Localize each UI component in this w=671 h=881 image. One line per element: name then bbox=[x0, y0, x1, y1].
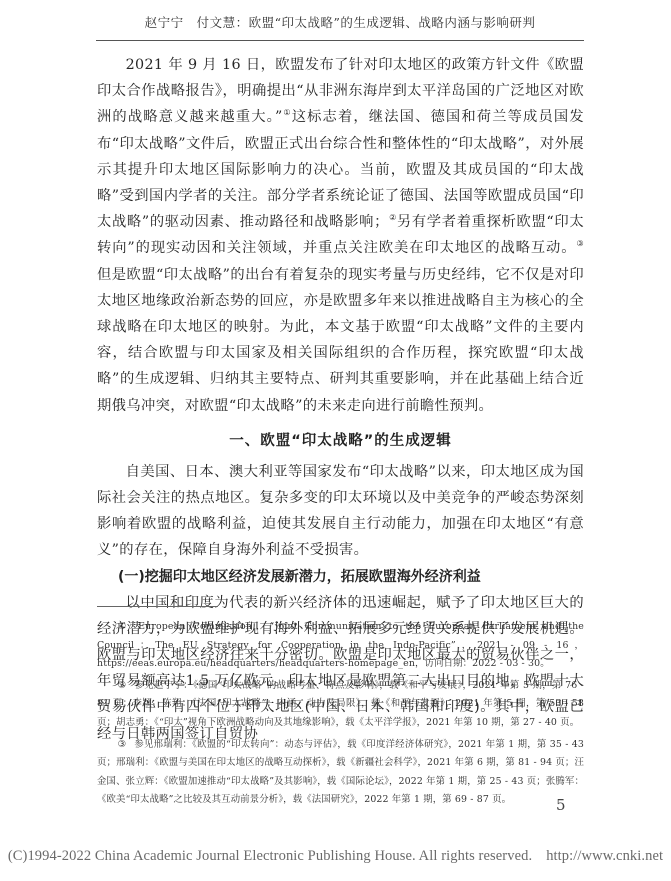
footnote-mark: ① bbox=[118, 621, 131, 632]
footnote-3: ③参见邢瑞利：《欧盟的“印太转向”：动态与评估》，载《印度洋经济体研究》，202… bbox=[97, 736, 584, 810]
subsection-title: (一)挖掘印太地区经济发展新潜力，拓展欧盟海外经济利益 bbox=[97, 564, 584, 590]
running-head: 赵宁宁 付文慧：欧盟“印太战略”的生成逻辑、战略内涵与影响研判 bbox=[96, 13, 584, 31]
text-span: 这标志着，继法国、德国和荷兰等成员国发布“印太战略”文件后，欧盟正式出台综合性和… bbox=[97, 109, 584, 230]
footnote-ref-2[interactable]: ② bbox=[389, 213, 397, 222]
section-paragraph: 自美国、日本、澳大利亚等国家发布“印太战略”以来，印太地区成为国际社会关注的热点… bbox=[97, 459, 584, 564]
intro-paragraph: 2021 年 9 月 16 日，欧盟发布了针对印太地区的政策方针文件《欧盟印太合… bbox=[97, 52, 584, 419]
footnote-text: 参见赵宁宁：《德国“印太战略”的战略考量、特点及影响》，载《和平与发展》，202… bbox=[97, 680, 584, 728]
cnki-link[interactable]: http://www.cnki.net bbox=[546, 848, 663, 864]
footnote-mark: ② bbox=[118, 680, 127, 691]
footnote-ref-3[interactable]: ③ bbox=[576, 240, 584, 249]
text-span: 但是欧盟“印太战略”的出台有着复杂的现实考量与历史经纬，它不仅是对印太地区地缘政… bbox=[97, 267, 584, 414]
copyright-text: (C)1994-2022 China Academic Journal Elec… bbox=[8, 848, 532, 864]
header-rule bbox=[96, 40, 584, 41]
footnote-text: European Commission，“Joint Communication… bbox=[97, 621, 584, 669]
footnote-text: 参见邢瑞利：《欧盟的“印太转向”：动态与评估》，载《印度洋经济体研究》，2021… bbox=[97, 739, 584, 806]
footnote-2: ②参见赵宁宁：《德国“印太战略”的战略考量、特点及影响》，载《和平与发展》，20… bbox=[97, 677, 584, 733]
copyright-footer: (C)1994-2022 China Academic Journal Elec… bbox=[0, 848, 671, 865]
footnote-1: ①European Commission，“Joint Communicatio… bbox=[97, 618, 584, 674]
footnotes: ①European Commission，“Joint Communicatio… bbox=[97, 618, 584, 813]
footnote-separator bbox=[97, 606, 218, 607]
footnote-ref-1[interactable]: ① bbox=[283, 109, 292, 118]
section-title: 一、欧盟“印太战略”的生成逻辑 bbox=[97, 429, 584, 450]
page-number: 5 bbox=[556, 796, 566, 814]
footnote-mark: ③ bbox=[118, 739, 127, 750]
